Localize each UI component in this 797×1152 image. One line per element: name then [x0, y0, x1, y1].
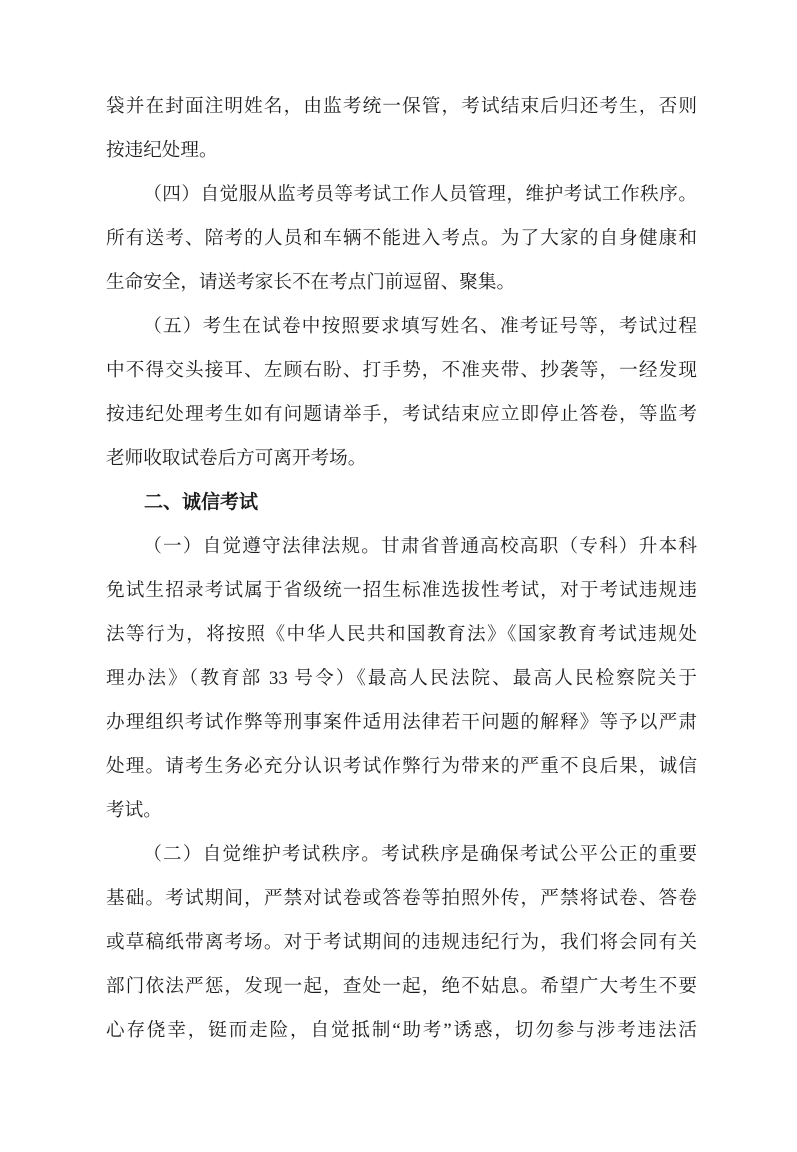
text-line: 中不得交头接耳、左顾右盼、打手势，不准夹带、抄袭等，一经发现: [106, 349, 697, 393]
text-line: （四）自觉服从监考员等考试工作人员管理，维护考试工作秩序。: [106, 173, 697, 217]
text-line: 基础。考试期间，严禁对试卷或答卷等拍照外传，严禁将试卷、答卷: [106, 877, 697, 921]
body-paragraph: （四）自觉服从监考员等考试工作人员管理，维护考试工作秩序。所有送考、陪考的人员和…: [106, 173, 697, 305]
body-paragraph: （二）自觉维护考试秩序。考试秩序是确保考试公平公正的重要基础。考试期间，严禁对试…: [106, 833, 697, 1053]
document-page: 袋并在封面注明姓名，由监考统一保管，考试结束后归还考生，否则按违纪处理。（四）自…: [0, 0, 797, 1152]
text-line: 袋并在封面注明姓名，由监考统一保管，考试结束后归还考生，否则: [106, 85, 697, 129]
heading-paragraph: 二、诚信考试: [106, 481, 697, 525]
section-heading: 二、诚信考试: [106, 481, 697, 525]
body-paragraph: （五）考生在试卷中按照要求填写姓名、准考证号等，考试过程中不得交头接耳、左顾右盼…: [106, 305, 697, 481]
text-line: 法等行为，将按照《中华人民共和国教育法》《国家教育考试违规处: [106, 613, 697, 657]
text-line: （二）自觉维护考试秩序。考试秩序是确保考试公平公正的重要: [106, 833, 697, 877]
document-body: 袋并在封面注明姓名，由监考统一保管，考试结束后归还考生，否则按违纪处理。（四）自…: [0, 0, 797, 1053]
text-line: 考试。: [106, 789, 697, 833]
text-line: 办理组织考试作弊等刑事案件适用法律若干问题的解释》等予以严肃: [106, 701, 697, 745]
text-line: 免试生招录考试属于省级统一招生标准选拔性考试，对于考试违规违: [106, 569, 697, 613]
text-line: 老师收取试卷后方可离开考场。: [106, 437, 697, 481]
text-line: 生命安全，请送考家长不在考点门前逗留、聚集。: [106, 261, 697, 305]
text-line: （五）考生在试卷中按照要求填写姓名、准考证号等，考试过程: [106, 305, 697, 349]
text-line: 按违纪处理考生如有问题请举手，考试结束应立即停止答卷，等监考: [106, 393, 697, 437]
text-line: 部门依法严惩，发现一起，查处一起，绝不姑息。希望广大考生不要: [106, 965, 697, 1009]
text-line: 或草稿纸带离考场。对于考试期间的违规违纪行为，我们将会同有关: [106, 921, 697, 965]
text-line: 处理。请考生务必充分认识考试作弊行为带来的严重不良后果，诚信: [106, 745, 697, 789]
body-paragraph: 袋并在封面注明姓名，由监考统一保管，考试结束后归还考生，否则按违纪处理。: [106, 85, 697, 173]
text-line: 心存侥幸，铤而走险，自觉抵制“助考”诱惑，切勿参与涉考违法活: [106, 1009, 697, 1053]
text-line: 所有送考、陪考的人员和车辆不能进入考点。为了大家的自身健康和: [106, 217, 697, 261]
text-line: 理办法》（教育部 33 号令）《最高人民法院、最高人民检察院关于: [106, 657, 697, 701]
text-line: （一）自觉遵守法律法规。甘肃省普通高校高职（专科）升本科: [106, 525, 697, 569]
text-line: 按违纪处理。: [106, 129, 697, 173]
body-paragraph: （一）自觉遵守法律法规。甘肃省普通高校高职（专科）升本科免试生招录考试属于省级统…: [106, 525, 697, 833]
